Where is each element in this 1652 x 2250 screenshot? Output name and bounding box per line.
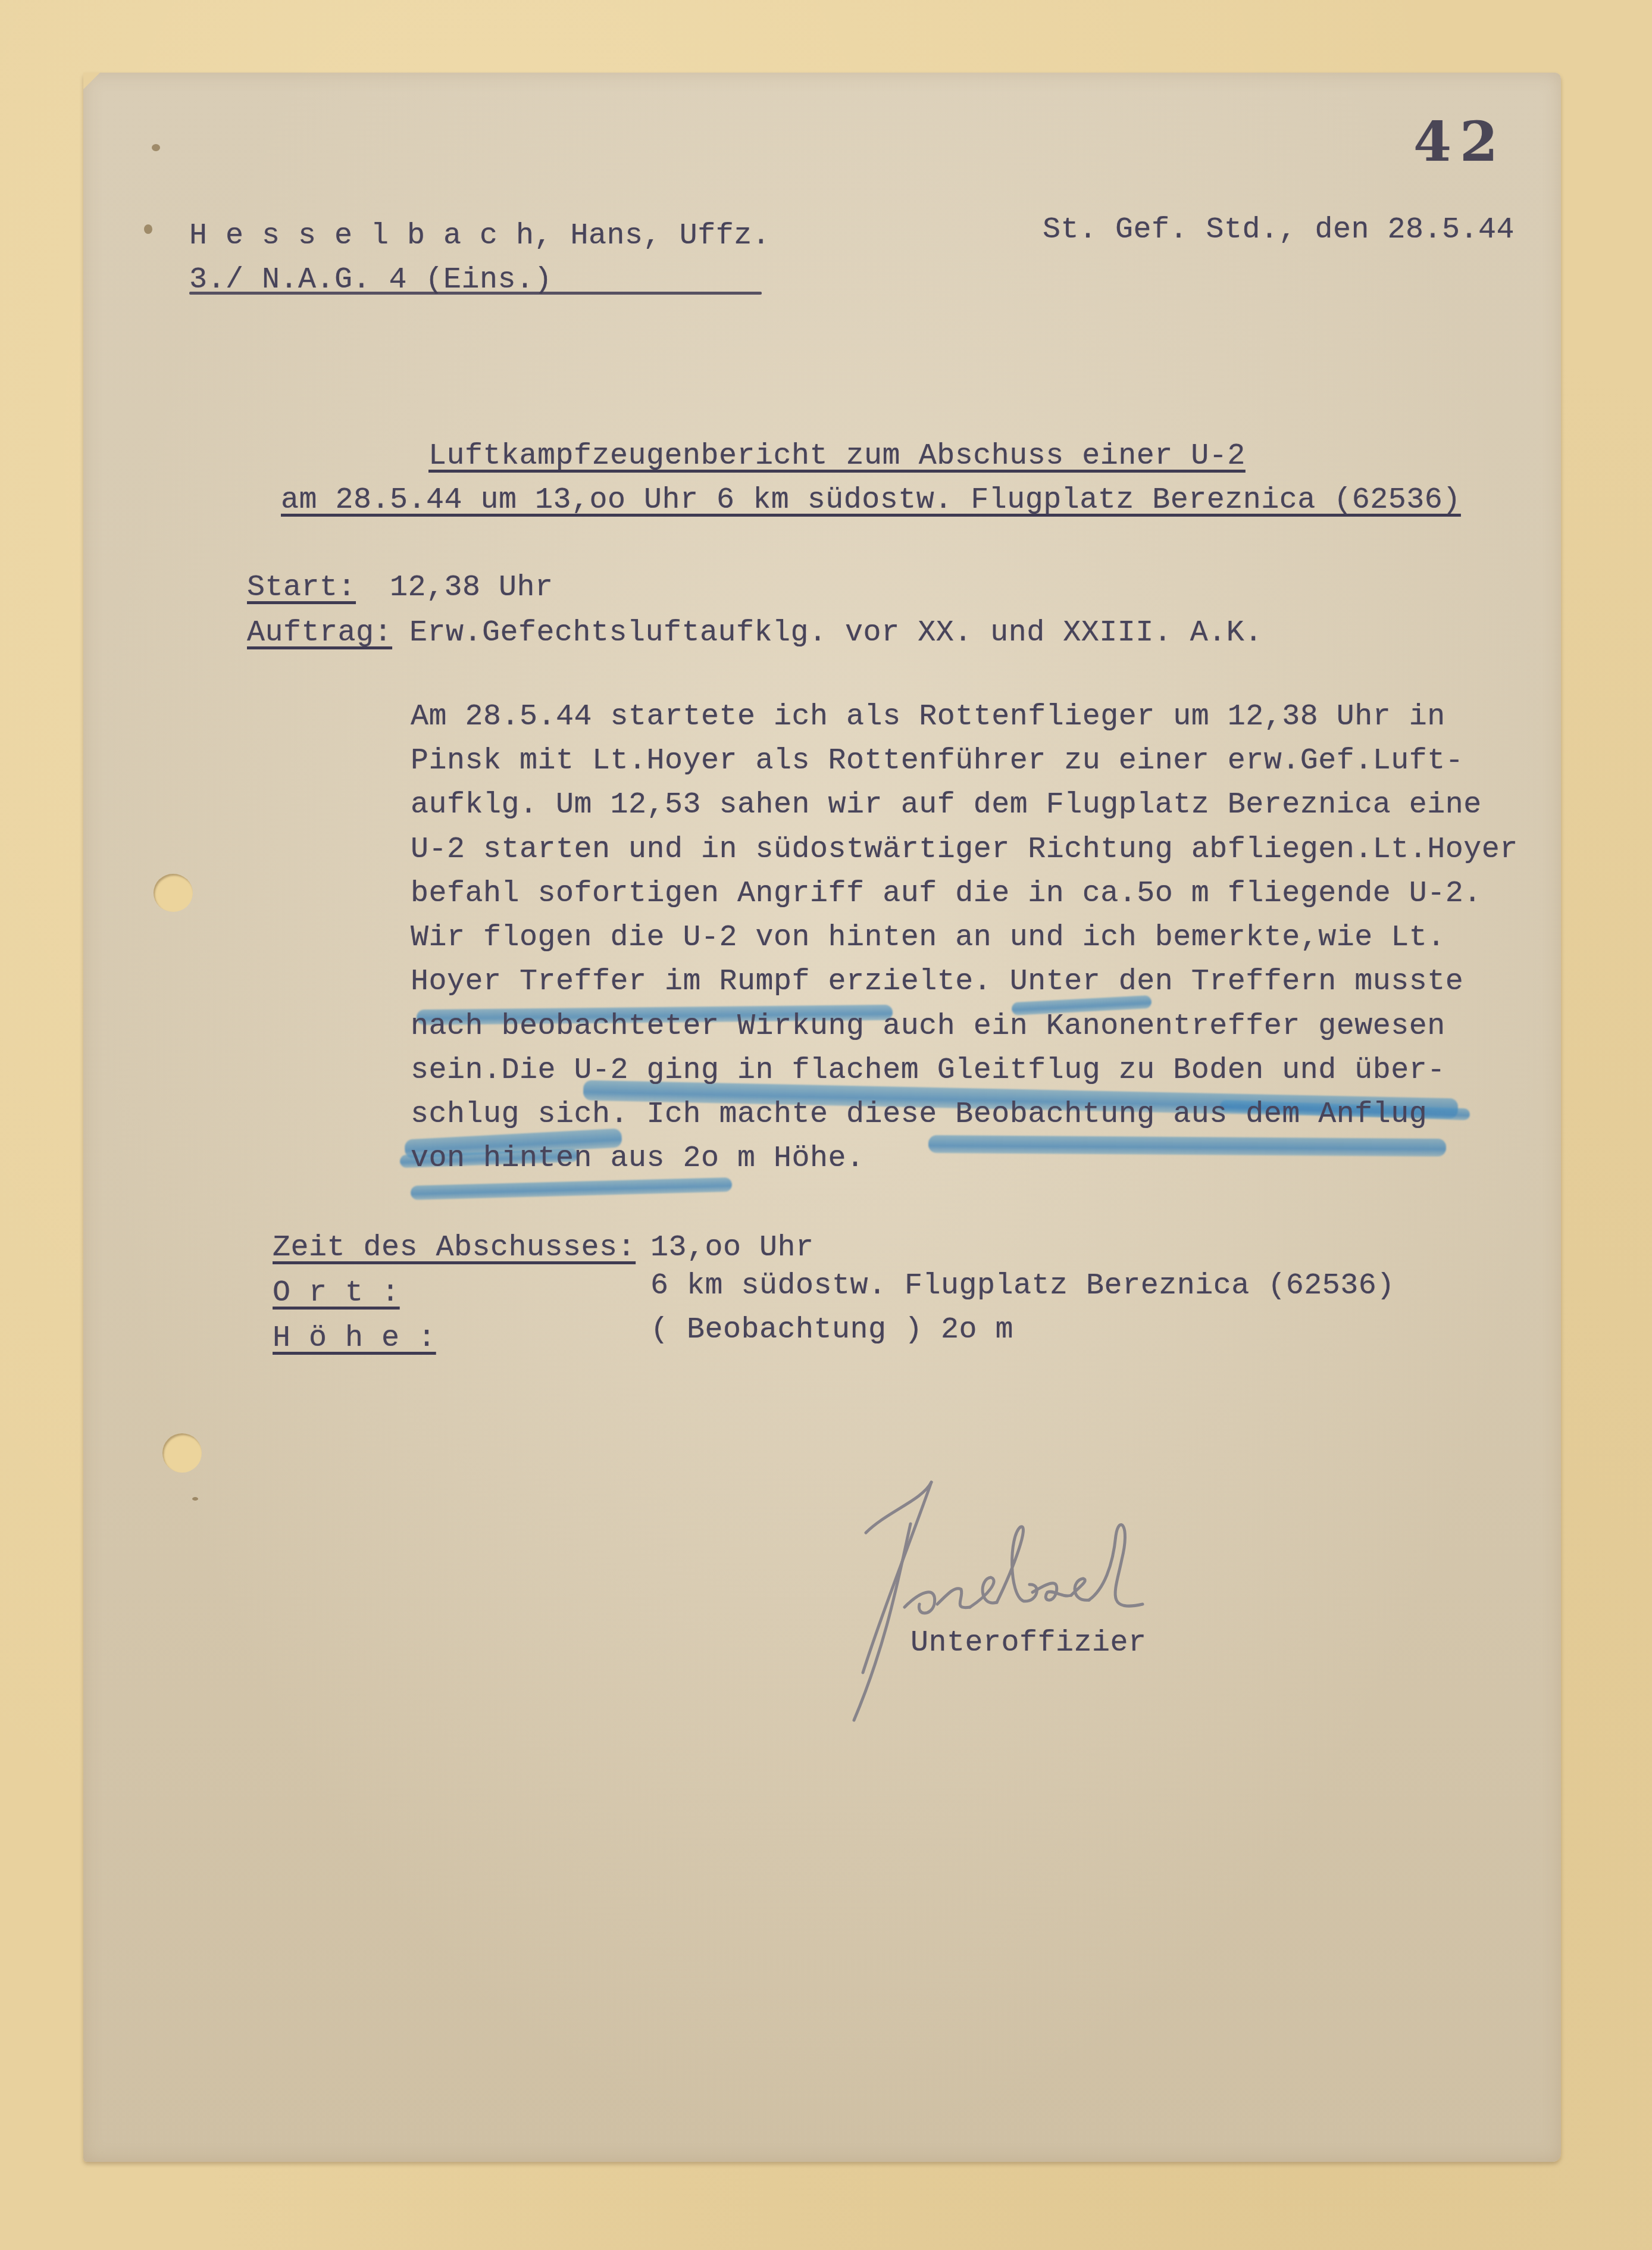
body-line: sein.Die U-2 ging in flachem Gleitflug z… (411, 1056, 1445, 1086)
place-date: St. Gef. Std., den 28.5.44 (1043, 215, 1515, 245)
auftrag-label: Auftrag: (247, 618, 392, 648)
zeit-label: Zeit des Abschusses: (273, 1233, 636, 1263)
unit-underline (189, 292, 762, 295)
start-label: Start: (247, 573, 356, 603)
author-name-line: H e s s e l b a c h, Hans, Uffz. (189, 221, 770, 251)
handwritten-signature (833, 1446, 1369, 1726)
body-line: Pinsk mit Lt.Hoyer als Rottenführer zu e… (411, 746, 1463, 776)
body-line: Am 28.5.44 startete ich als Rottenfliege… (411, 702, 1445, 732)
body-line: aufklg. Um 12,53 sahen wir auf dem Flugp… (411, 790, 1482, 820)
report-title-line2: am 28.5.44 um 13,oo Uhr 6 km südostw. Fl… (281, 486, 1461, 515)
hoehe-value: ( Beobachtung ) 2o m (650, 1315, 1013, 1345)
ort-label: O r t : (273, 1279, 400, 1308)
crayon-highlight (928, 1135, 1446, 1157)
signature-scribble-icon (833, 1446, 1369, 1726)
punch-hole-bottom (162, 1433, 202, 1473)
unit-line: 3./ N.A.G. 4 (Eins.) (189, 265, 552, 295)
report-title-line1: Luftkampfzeugenbericht zum Abschuss eine… (428, 442, 1246, 471)
page-number: 42 (1413, 114, 1506, 169)
body-line: von hinten aus 2o m Höhe. (411, 1144, 865, 1174)
body-line: nach beobachteter Wirkung auch ein Kanon… (411, 1012, 1445, 1042)
signatory-rank: Unteroffizier (911, 1629, 1147, 1658)
body-line: Wir flogen die U-2 von hinten an und ich… (411, 923, 1445, 953)
punch-hole-top (154, 874, 193, 912)
ort-value: 6 km südostw. Flugplatz Bereznica (62536… (650, 1271, 1395, 1301)
body-line: schlug sich. Ich machte diese Beobachtun… (411, 1100, 1427, 1130)
body-line: Hoyer Treffer im Rumpf erzielte. Unter d… (411, 967, 1463, 997)
body-line: U-2 starten und in südostwärtiger Richtu… (411, 835, 1518, 865)
stain-spot (192, 1497, 198, 1501)
zeit-value: 13,oo Uhr (650, 1233, 814, 1263)
stain-spot (152, 144, 160, 151)
stain-spot (144, 224, 152, 234)
start-value: 12,38 Uhr (390, 573, 553, 603)
body-line: befahl sofortigen Angriff auf die in ca.… (411, 879, 1482, 909)
hoehe-label: H ö h e : (273, 1324, 436, 1354)
auftrag-value: Erw.Gefechtsluftaufklg. vor XX. und XXII… (409, 618, 1263, 648)
